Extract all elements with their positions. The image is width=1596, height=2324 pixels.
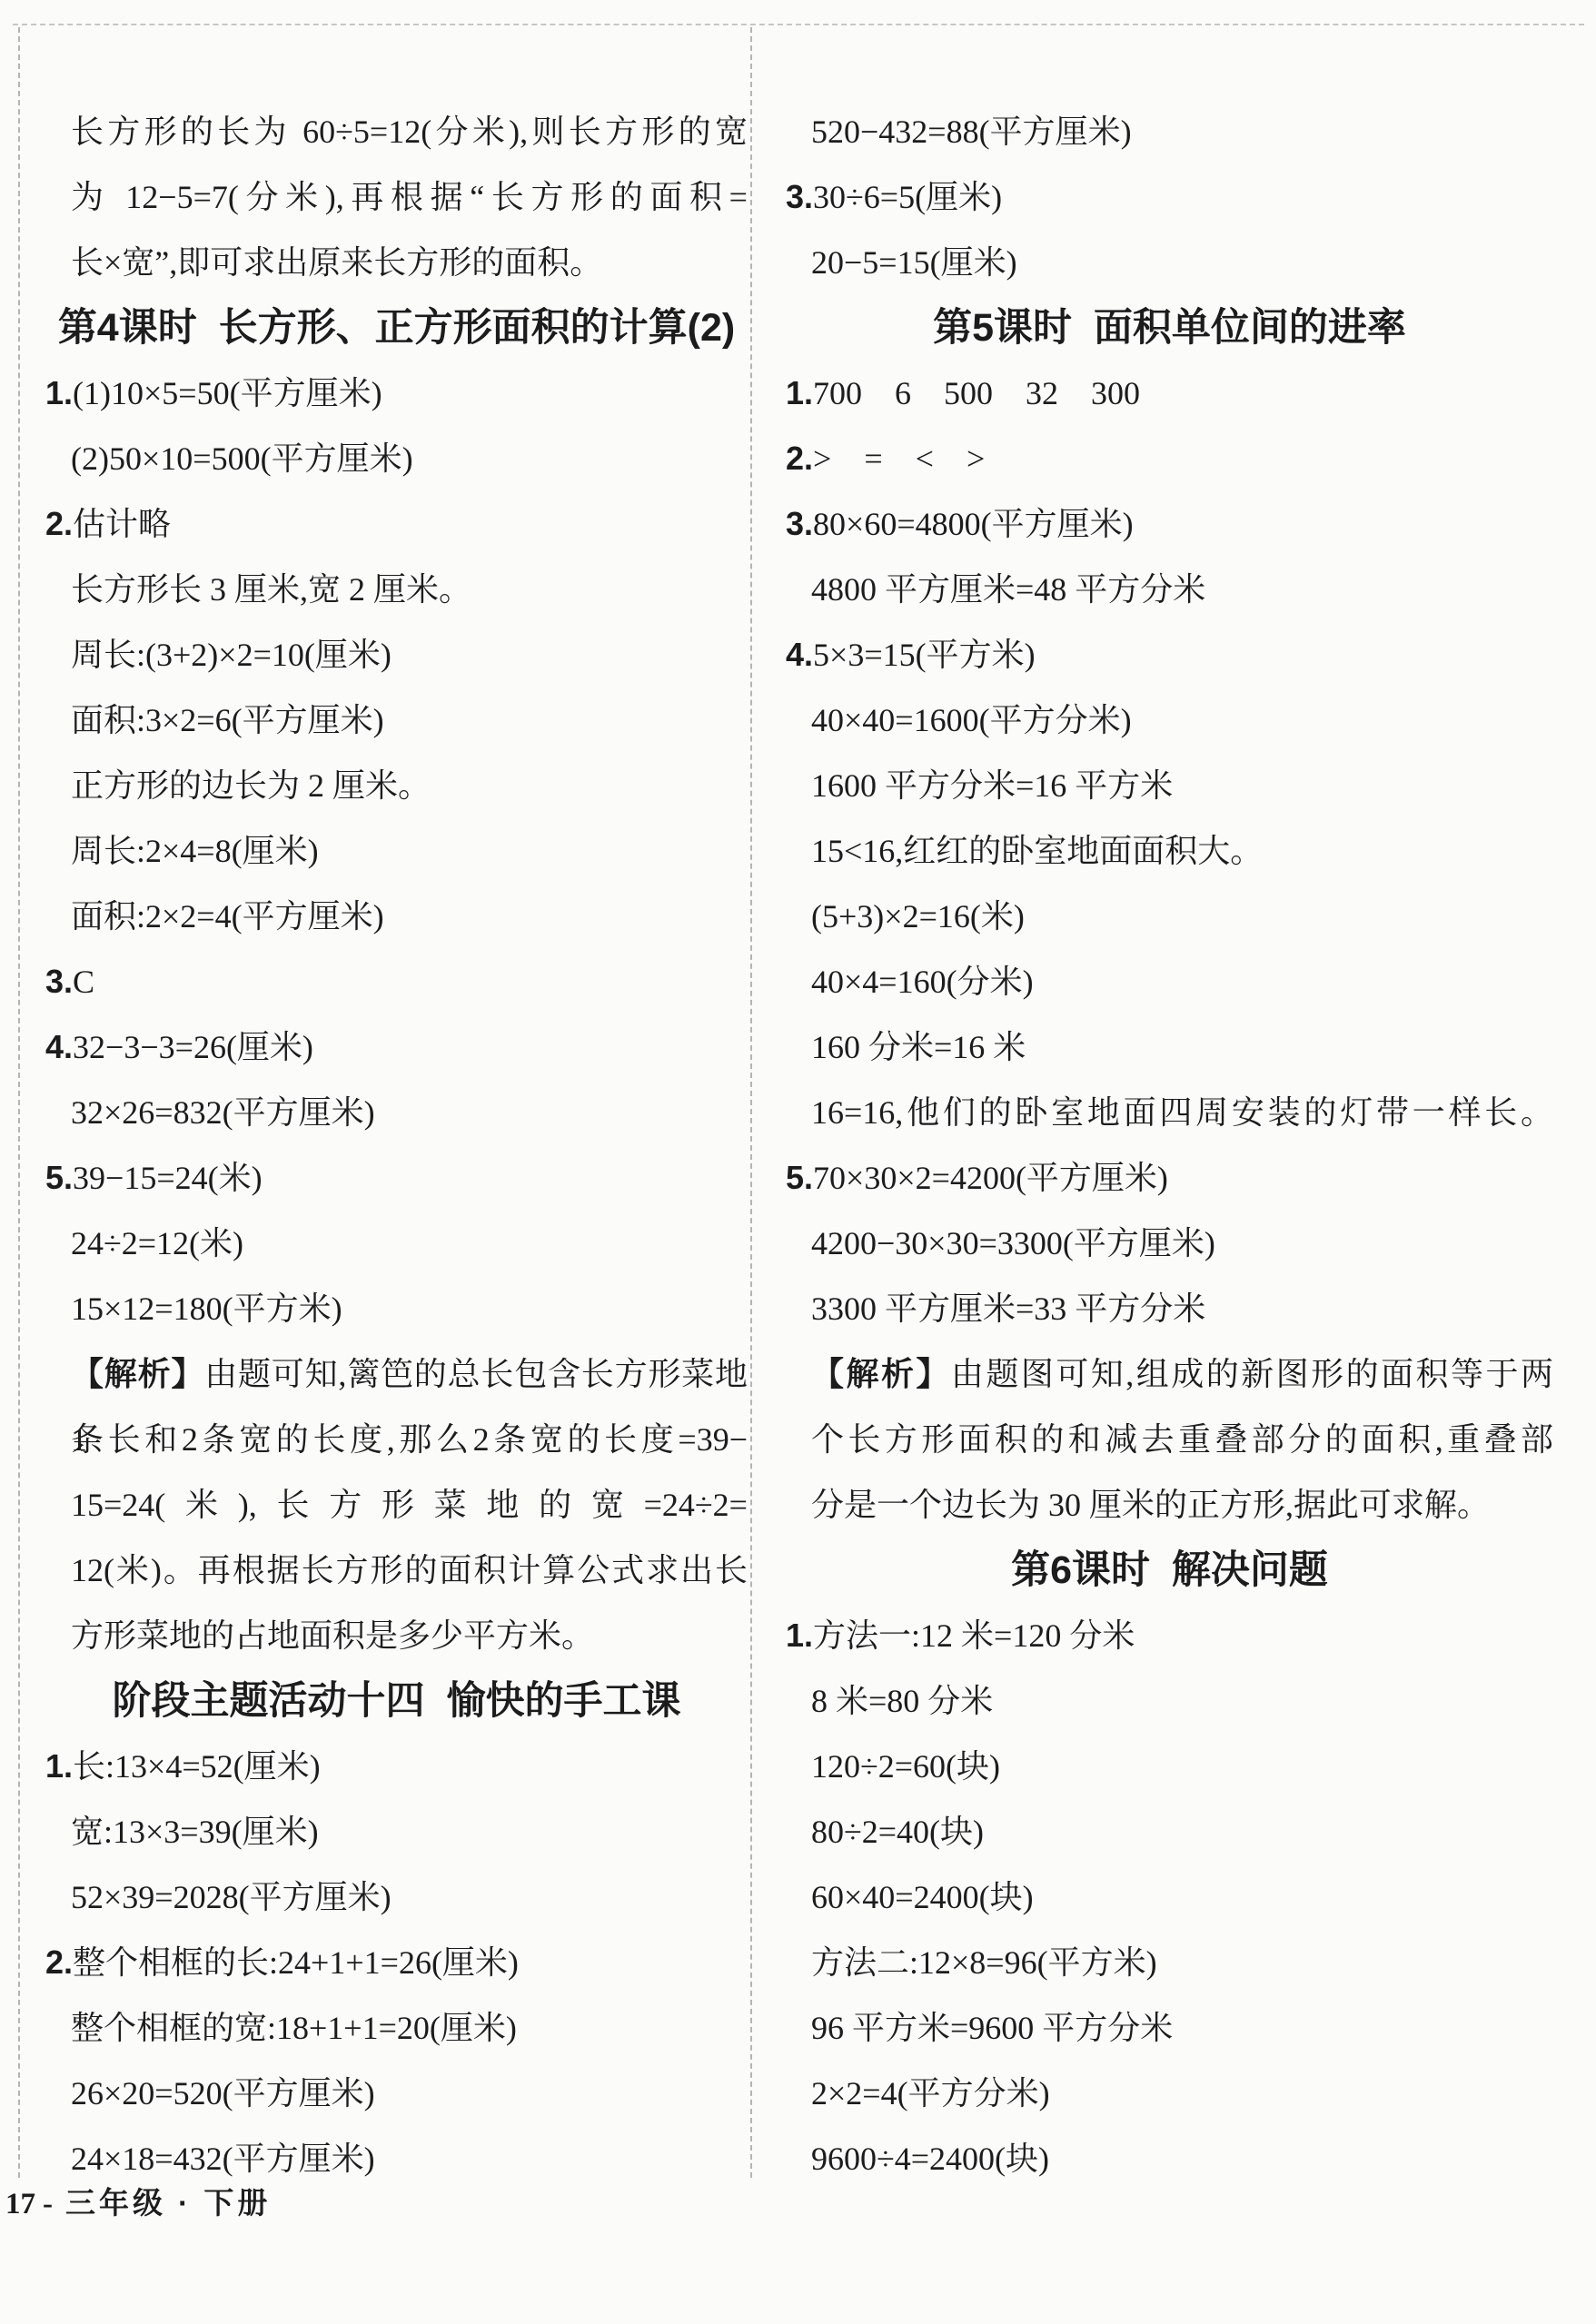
answer-line: 个长方形面积的和减去重叠部分的面积,重叠部 <box>786 1407 1553 1472</box>
page-top-dashed-rule <box>13 24 1584 25</box>
answer-line: (5+3)×2=16(米) <box>786 884 1553 949</box>
section-header: 第4课时 长方形、正方形面积的计算(2) <box>45 295 748 361</box>
page-number: 17 <box>5 2188 35 2220</box>
answer-line: 8 米=80 分米 <box>786 1668 1553 1734</box>
workbook-answer-page: { "page": { "kind": "math-workbook-answe… <box>0 0 1596 2324</box>
line-text: (2)50×10=500(平方厘米) <box>71 440 413 477</box>
answer-line: 4800 平方厘米=48 平方分米 <box>786 557 1553 622</box>
item-number: 2. <box>786 440 813 477</box>
answer-line: 5.39−15=24(米) <box>45 1145 748 1211</box>
column-right: 520−432=88(平方厘米)3.30÷6=5(厘米)20−5=15(厘米)第… <box>786 99 1553 2191</box>
item-number: 2. <box>45 505 73 542</box>
line-text: 周长:2×4=8(厘米) <box>71 833 319 869</box>
answer-line: 32×26=832(平方厘米) <box>45 1080 748 1145</box>
answer-line: 20−5=15(厘米) <box>786 230 1553 295</box>
line-text: 24÷2=12(米) <box>71 1225 243 1261</box>
answer-line: 40×40=1600(平方分米) <box>786 687 1553 753</box>
line-text: 4200−30×30=3300(平方厘米) <box>811 1225 1215 1261</box>
line-text: 96 平方米=9600 平方分米 <box>811 2010 1173 2046</box>
line-text: 估计略 <box>73 506 171 542</box>
answer-line: 4.32−3−3=26(厘米) <box>45 1014 748 1080</box>
answer-line: 16=16,他们的卧室地面四周安装的灯带一样长。 <box>786 1080 1553 1145</box>
footer-separator: - <box>35 2188 65 2220</box>
line-text: 方法一:12 米=120 分米 <box>813 1617 1135 1654</box>
line-text: 8 米=80 分米 <box>811 1683 993 1719</box>
page-footer: 17-三年级 · 下册 <box>5 2178 271 2229</box>
line-text: > = < > <box>813 440 985 477</box>
answer-line: 1.(1)10×5=50(平方厘米) <box>45 361 748 426</box>
line-text: 15<16,红红的卧室地面面积大。 <box>811 833 1263 869</box>
line-text: 60×40=2400(块) <box>811 1879 1034 1915</box>
line-text: 3300 平方厘米=33 平方分米 <box>811 1291 1205 1327</box>
answer-line: 面积:2×2=4(平方厘米) <box>45 884 748 949</box>
line-text: 9600÷4=2400(块) <box>811 2141 1049 2177</box>
item-number: 1. <box>45 1747 73 1785</box>
answer-line: 3.30÷6=5(厘米) <box>786 164 1553 230</box>
section-header: 第5课时 面积单位间的进率 <box>786 295 1553 361</box>
line-text: 1600 平方分米=16 平方米 <box>811 767 1173 804</box>
answer-line: 长方形的长为 60÷5=12(分米),则长方形的宽 <box>45 99 748 164</box>
line-text: (1)10×5=50(平方厘米) <box>73 375 382 411</box>
answer-line: 2.整个相框的长:24+1+1=26(厘米) <box>45 1930 748 1995</box>
item-number: 3. <box>45 963 73 1000</box>
answer-line: 1600 平方分米=16 平方米 <box>786 753 1553 818</box>
answer-line: 长方形长 3 厘米,宽 2 厘米。 <box>45 557 748 622</box>
answer-line: 宽:13×3=39(厘米) <box>45 1799 748 1864</box>
answer-line: 整个相框的宽:18+1+1=20(厘米) <box>45 1995 748 2061</box>
line-text: 阶段主题活动十四 愉快的手工课 <box>113 1679 681 1723</box>
item-number: 1. <box>786 374 813 411</box>
line-text: 周长:(3+2)×2=10(厘米) <box>71 637 392 673</box>
answer-line: 分是一个边长为 30 厘米的正方形,据此可求解。 <box>786 1472 1553 1538</box>
answer-line: 2.> = < > <box>786 426 1553 491</box>
line-text: (5+3)×2=16(米) <box>811 898 1025 935</box>
answer-line: (2)50×10=500(平方厘米) <box>45 426 748 491</box>
line-text: 700 6 500 32 300 <box>813 375 1140 411</box>
section-header: 阶段主题活动十四 愉快的手工课 <box>45 1668 748 1734</box>
footer-grade-label: 三年级 · 下册 <box>65 2186 271 2220</box>
answer-line: 4.5×3=15(平方米) <box>786 622 1553 687</box>
line-text: 30÷6=5(厘米) <box>813 179 1002 215</box>
answer-line: 52×39=2028(平方厘米) <box>45 1864 748 1930</box>
line-text: 120÷2=60(块) <box>811 1748 1000 1785</box>
answer-line: 1.700 6 500 32 300 <box>786 361 1553 426</box>
answer-line: 3.80×60=4800(平方厘米) <box>786 491 1553 557</box>
item-number: 1. <box>45 374 73 411</box>
line-text: 长方形的长为 60÷5=12(分米),则长方形的宽 <box>71 114 748 150</box>
line-text: 分是一个边长为 30 厘米的正方形,据此可求解。 <box>811 1487 1490 1523</box>
answer-line: 15<16,红红的卧室地面面积大。 <box>786 818 1553 884</box>
item-number: 5. <box>45 1159 73 1196</box>
line-text: 4800 平方厘米=48 平方分米 <box>811 571 1205 608</box>
line-text: 52×39=2028(平方厘米) <box>71 1879 392 1915</box>
answer-line: 【解析】由题图可知,组成的新图形的面积等于两 <box>786 1341 1553 1407</box>
line-text: 正方形的边长为 2 厘米。 <box>71 767 431 804</box>
answer-line: 60×40=2400(块) <box>786 1864 1553 1930</box>
answer-line: 1.方法一:12 米=120 分米 <box>786 1603 1553 1668</box>
line-text: 15×12=180(平方米) <box>71 1291 342 1327</box>
line-text: 长:13×4=52(厘米) <box>73 1748 321 1785</box>
line-text: 由题图可知,组成的新图形的面积等于两 <box>951 1356 1553 1392</box>
line-text: 个长方形面积的和减去重叠部分的面积,重叠部 <box>811 1421 1553 1458</box>
line-text: 第5课时 面积单位间的进率 <box>933 306 1406 350</box>
answer-line: 26×20=520(平方厘米) <box>45 2061 748 2126</box>
answer-line: 周长:2×4=8(厘米) <box>45 818 748 884</box>
answer-line: 40×4=160(分米) <box>786 949 1553 1014</box>
line-text: 宽:13×3=39(厘米) <box>71 1814 319 1850</box>
line-text: 2×2=4(平方分米) <box>811 2075 1050 2111</box>
answer-line: 15×12=180(平方米) <box>45 1276 748 1341</box>
column-left: 长方形的长为 60÷5=12(分米),则长方形的宽为 12−5=7(分米),再根… <box>45 99 748 2191</box>
answer-line: 5.70×30×2=4200(平方厘米) <box>786 1145 1553 1211</box>
line-text: 为 12−5=7(分米),再根据“长方形的面积= <box>71 179 748 215</box>
line-text: 160 分米=16 米 <box>811 1029 1026 1065</box>
line-text: 整个相框的宽:18+1+1=20(厘米) <box>71 2010 517 2046</box>
answer-line: 2×2=4(平方分米) <box>786 2061 1553 2126</box>
line-text: 条长和2条宽的长度,那么2条宽的长度=39− <box>71 1421 748 1458</box>
line-text: 520−432=88(平方厘米) <box>811 114 1132 150</box>
answer-line: 96 平方米=9600 平方分米 <box>786 1995 1553 2061</box>
item-number: 3. <box>786 178 813 215</box>
item-number: 【解析】 <box>71 1355 204 1392</box>
item-number: 2. <box>45 1943 73 1981</box>
answer-line: 3.C <box>45 949 748 1014</box>
line-text: 面积:3×2=6(平方厘米) <box>71 702 384 738</box>
answer-line: 面积:3×2=6(平方厘米) <box>45 687 748 753</box>
item-number: 4. <box>786 636 813 673</box>
line-text: 第6课时 解决问题 <box>1011 1548 1328 1592</box>
line-text: 5×3=15(平方米) <box>813 637 1036 673</box>
line-text: 40×4=160(分米) <box>811 964 1034 1000</box>
answer-line: 4200−30×30=3300(平方厘米) <box>786 1211 1553 1276</box>
answer-line: 2.估计略 <box>45 491 748 557</box>
section-header: 第6课时 解决问题 <box>786 1538 1553 1603</box>
line-text: 整个相框的长:24+1+1=26(厘米) <box>73 1944 519 1981</box>
answer-line: 长×宽”,即可求出原来长方形的面积。 <box>45 230 748 295</box>
line-text: 80÷2=40(块) <box>811 1814 984 1850</box>
line-text: 80×60=4800(平方厘米) <box>813 506 1134 542</box>
line-text: 32−3−3=26(厘米) <box>73 1029 313 1065</box>
line-text: 20−5=15(厘米) <box>811 244 1017 281</box>
answer-line: 方法二:12×8=96(平方米) <box>786 1930 1553 1995</box>
line-text: C <box>73 964 94 1000</box>
answer-line: 条长和2条宽的长度,那么2条宽的长度=39− <box>45 1407 748 1472</box>
line-text: 26×20=520(平方厘米) <box>71 2075 375 2111</box>
line-text: 第4课时 长方形、正方形面积的计算(2) <box>58 306 735 350</box>
line-text: 方形菜地的占地面积是多少平方米。 <box>71 1617 594 1654</box>
answer-line: 9600÷4=2400(块) <box>786 2126 1553 2191</box>
line-text: 70×30×2=4200(平方厘米) <box>813 1160 1168 1196</box>
answer-line: 正方形的边长为 2 厘米。 <box>45 753 748 818</box>
answer-line: 为 12−5=7(分米),再根据“长方形的面积= <box>45 164 748 230</box>
answer-line: 3300 平方厘米=33 平方分米 <box>786 1276 1553 1341</box>
answer-line: 【解析】由题可知,篱笆的总长包含长方形菜地1 <box>45 1341 748 1407</box>
line-text: 32×26=832(平方厘米) <box>71 1094 375 1131</box>
line-text: 40×40=1600(平方分米) <box>811 702 1132 738</box>
answer-line: 120÷2=60(块) <box>786 1734 1553 1799</box>
answer-line: 15=24(米),长方形菜地的宽=24÷2= <box>45 1472 748 1538</box>
answer-line: 520−432=88(平方厘米) <box>786 99 1553 164</box>
answer-line: 周长:(3+2)×2=10(厘米) <box>45 622 748 687</box>
line-text: 方法二:12×8=96(平方米) <box>811 1944 1157 1981</box>
item-number: 【解析】 <box>811 1355 951 1392</box>
line-text: 15=24(米),长方形菜地的宽=24÷2= <box>71 1487 748 1523</box>
line-text: 24×18=432(平方厘米) <box>71 2141 375 2177</box>
item-number: 1. <box>786 1617 813 1654</box>
line-text: 16=16,他们的卧室地面四周安装的灯带一样长。 <box>811 1094 1553 1131</box>
line-text: 12(米)。再根据长方形的面积计算公式求出长 <box>71 1552 748 1588</box>
answer-line: 80÷2=40(块) <box>786 1799 1553 1864</box>
line-text: 面积:2×2=4(平方厘米) <box>71 898 384 935</box>
answer-line: 方形菜地的占地面积是多少平方米。 <box>45 1603 748 1668</box>
item-number: 5. <box>786 1159 813 1196</box>
item-number: 3. <box>786 505 813 542</box>
answer-line: 12(米)。再根据长方形的面积计算公式求出长 <box>45 1538 748 1603</box>
answer-line: 160 分米=16 米 <box>786 1014 1553 1080</box>
line-text: 长方形长 3 厘米,宽 2 厘米。 <box>71 571 471 608</box>
column-divider-dashed-border <box>750 27 752 2178</box>
line-text: 长×宽”,即可求出原来长方形的面积。 <box>71 244 602 281</box>
answer-line: 24÷2=12(米) <box>45 1211 748 1276</box>
answer-line: 1.长:13×4=52(厘米) <box>45 1734 748 1799</box>
item-number: 4. <box>45 1028 73 1065</box>
left-column-dashed-border <box>18 27 20 2178</box>
line-text: 39−15=24(米) <box>73 1160 263 1196</box>
